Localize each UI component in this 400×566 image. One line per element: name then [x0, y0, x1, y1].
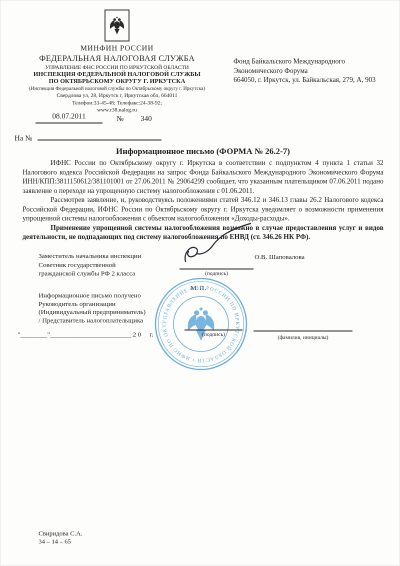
ministry-name: МИНФИН РОССИИ — [1, 45, 234, 54]
received-signature-line — [185, 330, 243, 331]
reply-number-blank — [37, 132, 161, 141]
executor-block: Свиридова С.А. 34 – 14 – 65 — [39, 530, 83, 546]
signatory-position-line3: гражданской службы РФ 2 класса — [39, 269, 142, 278]
sender-block: МИНФИН РОССИИ ФЕДЕРАЛЬНАЯ НАЛОГОВАЯ СЛУЖ… — [1, 10, 234, 114]
service-name: ФЕДЕРАЛЬНАЯ НАЛОГОВАЯ СЛУЖБА — [1, 54, 234, 64]
received-signature-caption: (подпись) — [185, 332, 243, 338]
number-sign: № — [117, 115, 124, 124]
received-name-caption: (фамилия, инициалы) — [254, 335, 353, 341]
received-role-line2: (Индивидуальный предприниматель) — [39, 308, 146, 316]
scanned-letter: МИНФИН РОССИИ ФЕДЕРАЛЬНАЯ НАЛОГОВАЯ СЛУЖ… — [0, 0, 400, 566]
signatory-name: О.В. Шаповалова — [255, 253, 305, 261]
signatory-position-line2: Советник государственной — [39, 260, 142, 269]
outgoing-reference-row: 08.07.2011 № 340 — [36, 113, 152, 124]
recipient-name-line1: Фонд Байкальского Международного — [234, 58, 389, 67]
round-seal-icon: УПРАВЛЕНИЕ ФНС РОССИИ ПО ИРКУТСКОЙ ОБЛАС… — [154, 277, 249, 372]
received-role-line1: Руководитель организации — [39, 300, 146, 308]
inspection-name-line2: ПО ОКТЯБРЬСКОМУ ОКРУГУ Г. ИРКУТСКА — [1, 78, 234, 85]
body-paragraph-1: ИФНС России по Октябрьскому округу г. Ир… — [23, 159, 384, 196]
recipient-address: 664050, г. Иркутск, ул. Байкальская, 279… — [234, 76, 389, 85]
signature-line — [180, 269, 254, 270]
sender-phones: Телефон:33-45-48; Телефакс:24-38-92; — [1, 100, 234, 106]
received-role-line3: / Представитель налогоплательщика — [39, 316, 146, 324]
body-paragraph-2: Рассмотрев заявление, и, руководствуясь … — [23, 196, 384, 224]
letter-date: 08.07.2011 — [36, 113, 103, 124]
received-date-blank: "________"________________________ 2 0 г… — [18, 331, 154, 339]
reply-label: На № — [15, 135, 33, 143]
signatory-position: Заместитель начальника инспекции Советни… — [39, 252, 142, 278]
inspection-note: (Инспекция Федеральной налоговой службы … — [17, 86, 217, 92]
russia-coat-of-arms-icon — [105, 10, 130, 42]
executor-phone: 34 – 14 – 65 — [39, 538, 83, 546]
sender-address: Свердлова ул, 28, Иркутск г, Иркутская о… — [1, 93, 234, 99]
letterhead: МИНФИН РОССИИ ФЕДЕРАЛЬНАЯ НАЛОГОВАЯ СЛУЖ… — [1, 1, 400, 114]
document-title: Информационное письмо (ФОРМА № 26.2-7) — [23, 147, 384, 157]
reply-reference-row: На № — [15, 132, 162, 144]
recipient-name-line2: Экономического Форума — [234, 67, 389, 76]
received-block: Информационное письмо получено Руководит… — [39, 292, 146, 325]
executor-name: Свиридова С.А. — [39, 530, 83, 538]
received-heading: Информационное письмо получено — [39, 292, 146, 300]
handwritten-signature — [177, 223, 272, 271]
letter-number: 340 — [141, 115, 152, 124]
received-name-line — [254, 331, 353, 332]
recipient-block: Фонд Байкальского Международного Экономи… — [234, 10, 389, 114]
signatory-position-line1: Заместитель начальника инспекции — [39, 252, 142, 261]
inspection-name-line1: ИНСПЕКЦИЯ ФЕДЕРАЛЬНОЙ НАЛОГОВОЙ СЛУЖБЫ — [1, 71, 234, 78]
document-page: МИНФИН РОССИИ ФЕДЕРАЛЬНАЯ НАЛОГОВАЯ СЛУЖ… — [0, 0, 400, 566]
